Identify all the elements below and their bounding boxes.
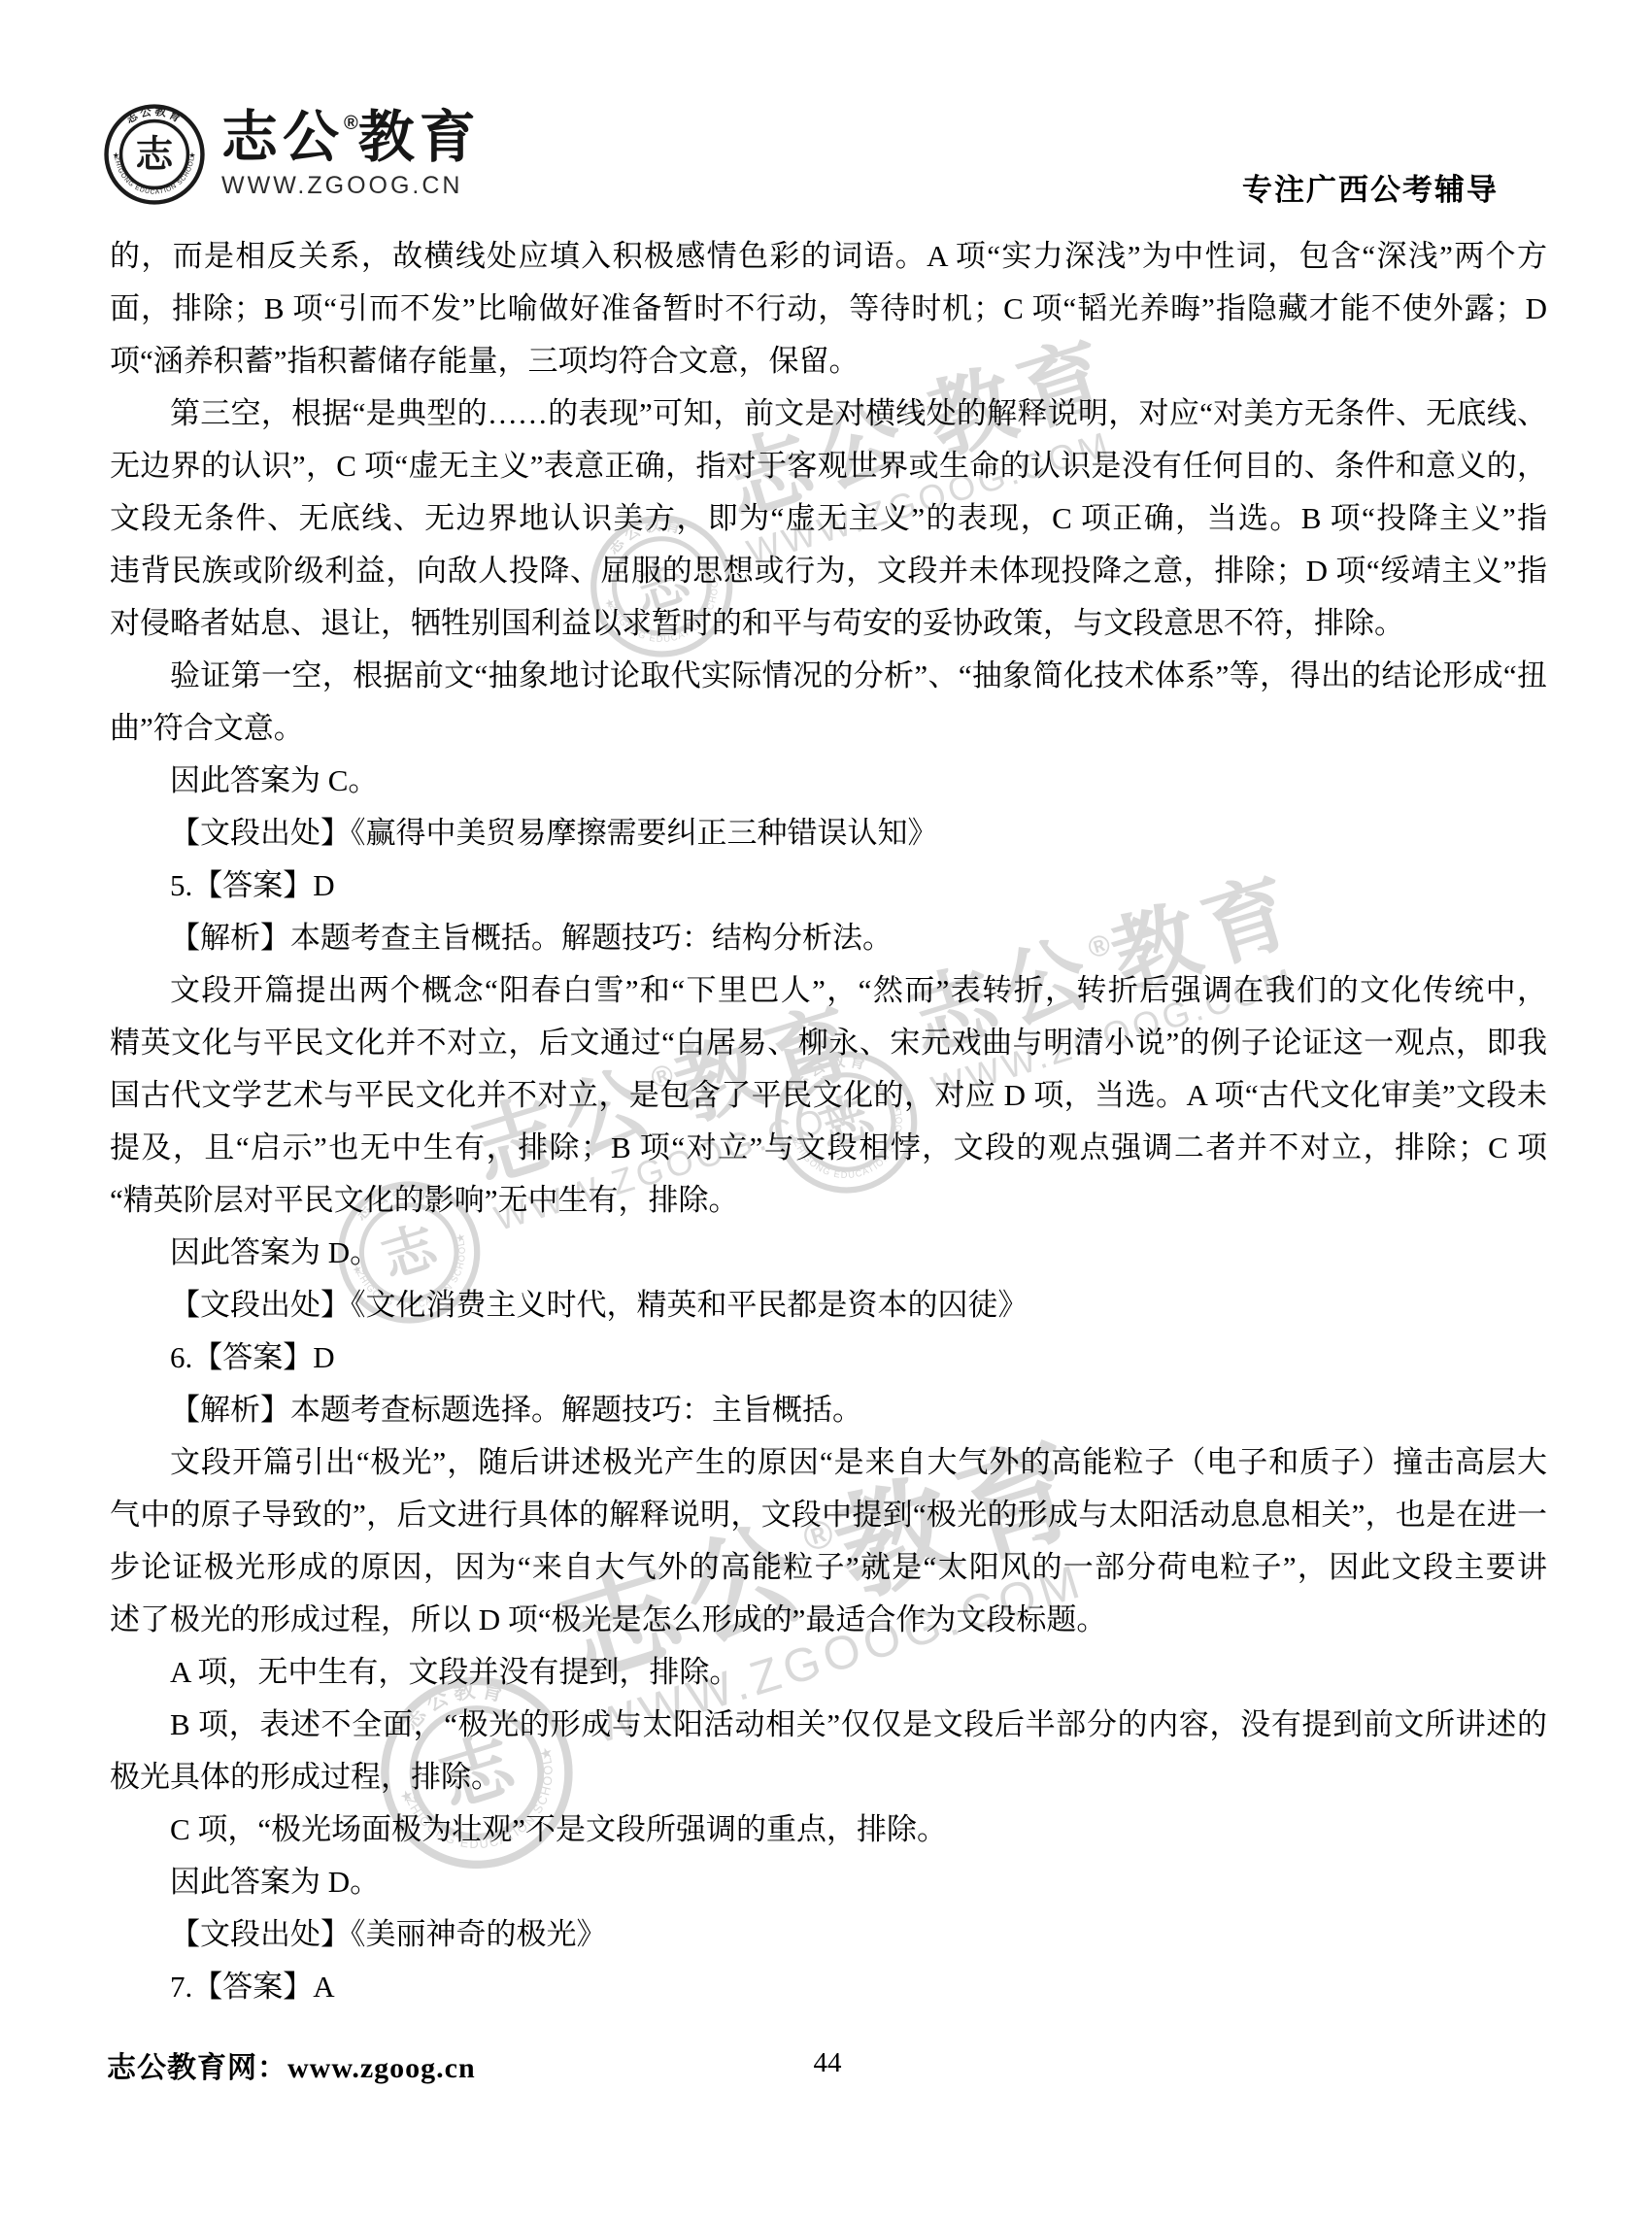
text-line: 【文段出处】《美丽神奇的极光》 <box>110 1908 1547 1961</box>
body-text: 的，而是相反关系，故横线处应填入积极感情色彩的词语。A 项“实力深浅”为中性词，… <box>110 230 1547 2013</box>
text-line: 对侵略者姑息、退让，牺牲别国利益以求暂时的和平与苟安的妥协政策，与文段意思不符，… <box>110 597 1547 650</box>
text-line: 国古代文学艺术与平民文化并不对立，是包含了平民文化的，对应 D 项，当选。A 项… <box>110 1069 1547 1122</box>
page-number: 44 <box>814 2047 842 2079</box>
text-line: 步论证极光形成的原因，因为“来自大气外的高能粒子”就是“太阳风的一部分荷电粒子”… <box>110 1541 1547 1594</box>
text-line: A 项，无中生有，文段并没有提到，排除。 <box>110 1646 1547 1699</box>
text-line: 违背民族或阶级利益，向敌人投降、屈服的思想或行为，文段并未体现投降之意，排除；D… <box>110 545 1547 597</box>
text-line: 面，排除；B 项“引而不发”比喻做好准备暂时不行动，等待时机；C 项“韬光养晦”… <box>110 283 1547 335</box>
text-line: 【文段出处】《文化消费主义时代，精英和平民都是资本的囚徒》 <box>110 1279 1547 1332</box>
text-line: 述了极光的形成过程，所以 D 项“极光是怎么形成的”最适合作为文段标题。 <box>110 1594 1547 1646</box>
text-line: 【解析】本题考查主旨概括。解题技巧：结构分析法。 <box>110 912 1547 964</box>
text-line: 【文段出处】《赢得中美贸易摩擦需要纠正三种错误认知》 <box>110 807 1547 860</box>
header-slogan: 专注广西公考辅导 <box>1242 165 1499 209</box>
text-line: 精英文化与平民文化并不对立，后文通过“白居易、柳永、宋元戏曲与明清小说”的例子论… <box>110 1017 1547 1069</box>
text-line: 第三空，根据“是典型的……的表现”可知，前文是对横线处的解释说明，对应“对美方无… <box>110 388 1547 440</box>
text-line: 6.【答案】D <box>110 1332 1547 1384</box>
text-line: “精英阶层对平民文化的影响”无中生有，排除。 <box>110 1174 1547 1227</box>
text-line: 的，而是相反关系，故横线处应填入积极感情色彩的词语。A 项“实力深浅”为中性词，… <box>110 230 1547 283</box>
text-line: C 项，“极光场面极为壮观”不是文段所强调的重点，排除。 <box>110 1804 1547 1856</box>
text-line: 项“涵养积蓄”指积蓄储存能量，三项均符合文意，保留。 <box>110 335 1547 388</box>
logo-url-text: WWW.ZGOOG.CN <box>221 172 481 200</box>
footer-site-label: 志公教育网：www.zgoog.cn <box>107 2043 476 2086</box>
svg-text:★: ★ <box>188 152 195 160</box>
text-line: 曲”符合文意。 <box>110 702 1547 755</box>
text-line: 文段开篇提出两个概念“阳春白雪”和“下里巴人”，“然而”表转折，转折后强调在我们… <box>110 964 1547 1017</box>
text-line: 5.【答案】D <box>110 860 1547 912</box>
text-line: 验证第一空，根据前文“抽象地讨论取代实际情况的分析”、“抽象简化技术体系”等，得… <box>110 650 1547 702</box>
svg-text:★: ★ <box>113 152 119 160</box>
text-line: 气中的原子导致的”，后文进行具体的解释说明，文段中提到“极光的形成与太阳活动息息… <box>110 1489 1547 1541</box>
document-page: { "brand": { "left": "志公", "reg": "®", "… <box>0 0 1652 2225</box>
text-line: 【解析】本题考查标题选择。解题技巧：主旨概括。 <box>110 1384 1547 1436</box>
registered-mark: ® <box>344 113 358 134</box>
text-line: 无边界的认识”，C 项“虚无主义”表意正确，指对于客观世界或生命的认识是没有任何… <box>110 440 1547 492</box>
text-line: 提及，且“启示”也无中生有，排除；B 项“对立”与文段相悖，文段的观点强调二者并… <box>110 1122 1547 1174</box>
text-line: 7.【答案】A <box>110 1961 1547 2013</box>
text-line: 因此答案为 C。 <box>110 755 1547 807</box>
text-line: 文段开篇引出“极光”，随后讲述极光产生的原因“是来自大气外的高能粒子（电子和质子… <box>110 1436 1547 1489</box>
text-line: 因此答案为 D。 <box>110 1856 1547 1908</box>
company-logo: 志公教育ZHIGONG EDUCATION SCHOOL★★志 志公®教育 WW… <box>103 103 481 206</box>
text-line: 极光具体的形成过程，排除。 <box>110 1751 1547 1804</box>
svg-text:志: 志 <box>136 134 175 176</box>
text-line: B 项，表述不全面，“极光的形成与太阳活动相关”仅仅是文段后半部分的内容，没有提… <box>110 1699 1547 1751</box>
text-line: 因此答案为 D。 <box>110 1227 1547 1279</box>
logo-brand-text: 志公®教育 <box>221 109 481 167</box>
text-line: 文段无条件、无底线、无边界地认识美方，即为“虚无主义”的表现，C 项正确，当选。… <box>110 492 1547 545</box>
logo-seal-icon: 志公教育ZHIGONG EDUCATION SCHOOL★★志 <box>103 103 206 206</box>
